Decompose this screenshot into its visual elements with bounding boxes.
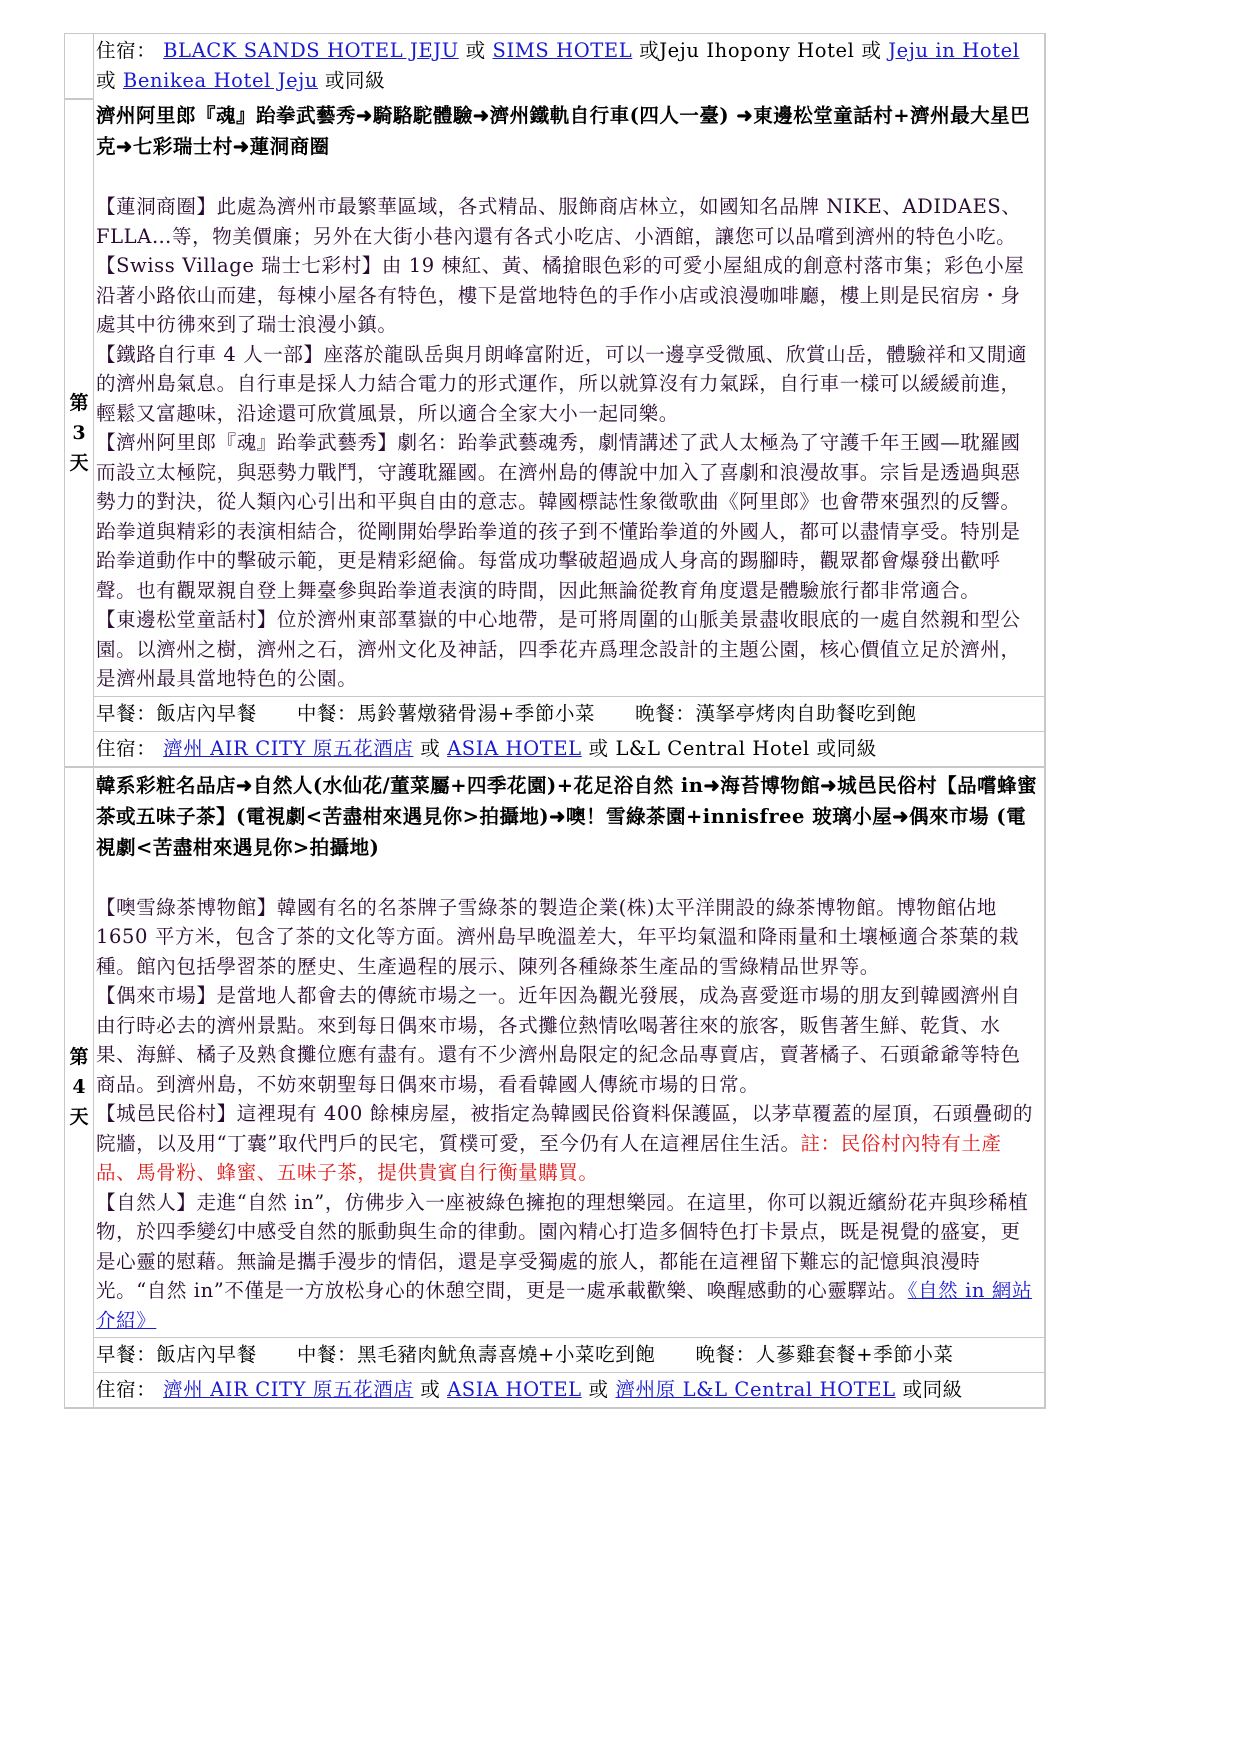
day3-meals-row: 早餐：飯店內早餐中餐：馬鈴薯燉豬骨湯+季節小菜晚餐：漢拏亭烤肉自助餐吃到飽 <box>65 696 1044 731</box>
day4-hotel: 住宿： 濟州 AIR CITY 原五花酒店 或 ASIA HOTEL 或 濟州原… <box>94 1372 1044 1407</box>
day-label-char: 天 <box>66 448 92 478</box>
desc-nature-in: 【自然人】走進“自然 in”，仿佛步入一座被綠色擁抱的理想樂园。在這里，你可以親… <box>96 1188 1040 1336</box>
tail-text: 或同級 <box>902 1378 962 1401</box>
hotel-link-sims[interactable]: SIMS HOTEL <box>493 39 633 62</box>
hotel-link-black-sands[interactable]: BLACK SANDS HOTEL JEJU <box>163 39 459 62</box>
day3-content: 濟州阿里郎『魂』跆拳武藝秀➜騎駱駝體驗➜濟州鐵軌自行車(四人一臺) ➜東邊松堂童… <box>94 98 1044 696</box>
desc-songdang-village: 【東邊松堂童話村】位於濟州東部羣嶽的中心地帶，是可將周圍的山脈美景盡收眼底的一處… <box>96 605 1040 694</box>
day4-meals-row: 早餐：飯店內早餐中餐：黑毛豬肉魷魚壽喜燒+小菜吃到飽晚餐：人蔘雞套餐+季節小菜 <box>65 1337 1044 1372</box>
itinerary-table: 住宿： BLACK SANDS HOTEL JEJU 或 SIMS HOTEL … <box>64 33 1046 1409</box>
hotel-plain-ihopony: Jeju Ihopony Hotel <box>659 39 854 62</box>
dinner: 晚餐：漢拏亭烤肉自助餐吃到飽 <box>635 702 916 725</box>
hotel-link-asia[interactable]: ASIA HOTEL <box>447 737 582 760</box>
day4-descriptions: 【噢雪綠茶博物館】韓國有名的名茶牌子雪綠茶的製造企業(株)太平洋開設的綠茶博物館… <box>96 893 1040 1336</box>
hotel-label: 住宿： <box>96 39 156 62</box>
day-label-number: 3 <box>66 418 92 448</box>
lunch: 中餐：馬鈴薯燉豬骨湯+季節小菜 <box>297 702 595 725</box>
hotel-link-air-city[interactable]: 濟州 AIR CITY 原五花酒店 <box>163 737 413 760</box>
hotel-label: 住宿： <box>96 737 156 760</box>
breakfast: 早餐：飯店內早餐 <box>96 702 257 725</box>
breakfast: 早餐：飯店內早餐 <box>96 1343 257 1366</box>
day-label-number: 4 <box>66 1072 92 1102</box>
day4-meals: 早餐：飯店內早餐中餐：黑毛豬肉魷魚壽喜燒+小菜吃到飽晚餐：人蔘雞套餐+季節小菜 <box>94 1337 1044 1372</box>
desc-rail-bike: 【鐵路自行車 4 人一部】座落於龍臥岳與月朗峰富附近，可以一邊享受微風、欣賞山岳… <box>96 340 1040 429</box>
or-text: 或 <box>589 1378 609 1401</box>
or-text: 或 <box>861 39 881 62</box>
day-label-char: 第 <box>66 388 92 418</box>
day4-hotel-row: 住宿： 濟州 AIR CITY 原五花酒店 或 ASIA HOTEL 或 濟州原… <box>65 1372 1044 1407</box>
tail-text: 或同級 <box>325 69 385 92</box>
day2-hotel-row: 住宿： BLACK SANDS HOTEL JEJU 或 SIMS HOTEL … <box>65 34 1044 98</box>
day3-label: 第 3 天 <box>65 98 94 766</box>
dinner: 晚餐：人蔘雞套餐+季節小菜 <box>695 1343 953 1366</box>
day-label-empty <box>65 34 94 98</box>
nature-in-text: 【自然人】走進“自然 in”，仿佛步入一座被綠色擁抱的理想樂园。在這里，你可以親… <box>96 1191 1028 1303</box>
hotel-link-benikea[interactable]: Benikea Hotel Jeju <box>123 69 318 92</box>
day4-route-title: 韓系彩粧名品店➜自然人(水仙花/董菜屬+四季花園)+花足浴自然 in➜海苔博物館… <box>96 770 1040 863</box>
or-text: 或 <box>96 69 116 92</box>
day3-content-row: 第 3 天 濟州阿里郎『魂』跆拳武藝秀➜騎駱駝體驗➜濟州鐵軌自行車(四人一臺) … <box>65 98 1044 696</box>
day3-meals: 早餐：飯店內早餐中餐：馬鈴薯燉豬骨湯+季節小菜晚餐：漢拏亭烤肉自助餐吃到飽 <box>94 696 1044 731</box>
desc-osulloc-museum: 【噢雪綠茶博物館】韓國有名的名茶牌子雪綠茶的製造企業(株)太平洋開設的綠茶博物館… <box>96 893 1040 982</box>
hotel-info: 住宿： BLACK SANDS HOTEL JEJU 或 SIMS HOTEL … <box>94 34 1044 98</box>
hotel-link-jeju-in[interactable]: Jeju in Hotel <box>888 39 1019 62</box>
desc-olle-market: 【偶來市場】是當地人都會去的傳統市場之一。近年因為觀光發展，成為喜愛逛市場的朋友… <box>96 981 1040 1099</box>
day4-content: 韓系彩粧名品店➜自然人(水仙花/董菜屬+四季花園)+花足浴自然 in➜海苔博物館… <box>94 766 1044 1338</box>
day-label-char: 天 <box>66 1102 92 1132</box>
or-text: 或 <box>420 737 440 760</box>
or-text: 或 <box>420 1378 440 1401</box>
desc-yeondong: 【蓮洞商圈】此處為濟州市最繁華區域，各式精品、服飾商店林立，如國知名品牌 NIK… <box>96 192 1040 251</box>
tail-text: 或同級 <box>817 737 877 760</box>
desc-swiss-village: 【Swiss Village 瑞士七彩村】由 19 棟紅、黃、橘搶眼色彩的可愛小… <box>96 251 1040 340</box>
day3-descriptions: 【蓮洞商圈】此處為濟州市最繁華區域，各式精品、服飾商店林立，如國知名品牌 NIK… <box>96 192 1040 694</box>
or-text: 或 <box>639 39 659 62</box>
day3-hotel: 住宿： 濟州 AIR CITY 原五花酒店 或 ASIA HOTEL 或 L&L… <box>94 731 1044 766</box>
hotel-link-air-city[interactable]: 濟州 AIR CITY 原五花酒店 <box>163 1378 413 1401</box>
day3-hotel-row: 住宿： 濟州 AIR CITY 原五花酒店 或 ASIA HOTEL 或 L&L… <box>65 731 1044 766</box>
hotel-plain-ll-central: 或 L&L Central Hotel <box>589 737 810 760</box>
or-text: 或 <box>466 39 486 62</box>
day4-content-row: 第 4 天 韓系彩粧名品店➜自然人(水仙花/董菜屬+四季花園)+花足浴自然 in… <box>65 766 1044 1338</box>
hotel-link-ll-central[interactable]: 濟州原 L&L Central HOTEL <box>615 1378 895 1401</box>
day3-route-title: 濟州阿里郎『魂』跆拳武藝秀➜騎駱駝體驗➜濟州鐵軌自行車(四人一臺) ➜東邊松堂童… <box>96 100 1040 162</box>
lunch: 中餐：黑毛豬肉魷魚壽喜燒+小菜吃到飽 <box>297 1343 656 1366</box>
day4-label: 第 4 天 <box>65 766 94 1408</box>
desc-folk-village: 【城邑民俗村】這裡現有 400 餘棟房屋，被指定為韓國民俗資料保護區，以茅草覆蓋… <box>96 1099 1040 1188</box>
desc-taekwondo-show: 【濟州阿里郎『魂』跆拳武藝秀】劇名：跆拳武藝魂秀，劇情講述了武人太極為了守護千年… <box>96 428 1040 605</box>
hotel-label: 住宿： <box>96 1378 156 1401</box>
hotel-link-asia[interactable]: ASIA HOTEL <box>447 1378 582 1401</box>
day-label-char: 第 <box>66 1042 92 1072</box>
